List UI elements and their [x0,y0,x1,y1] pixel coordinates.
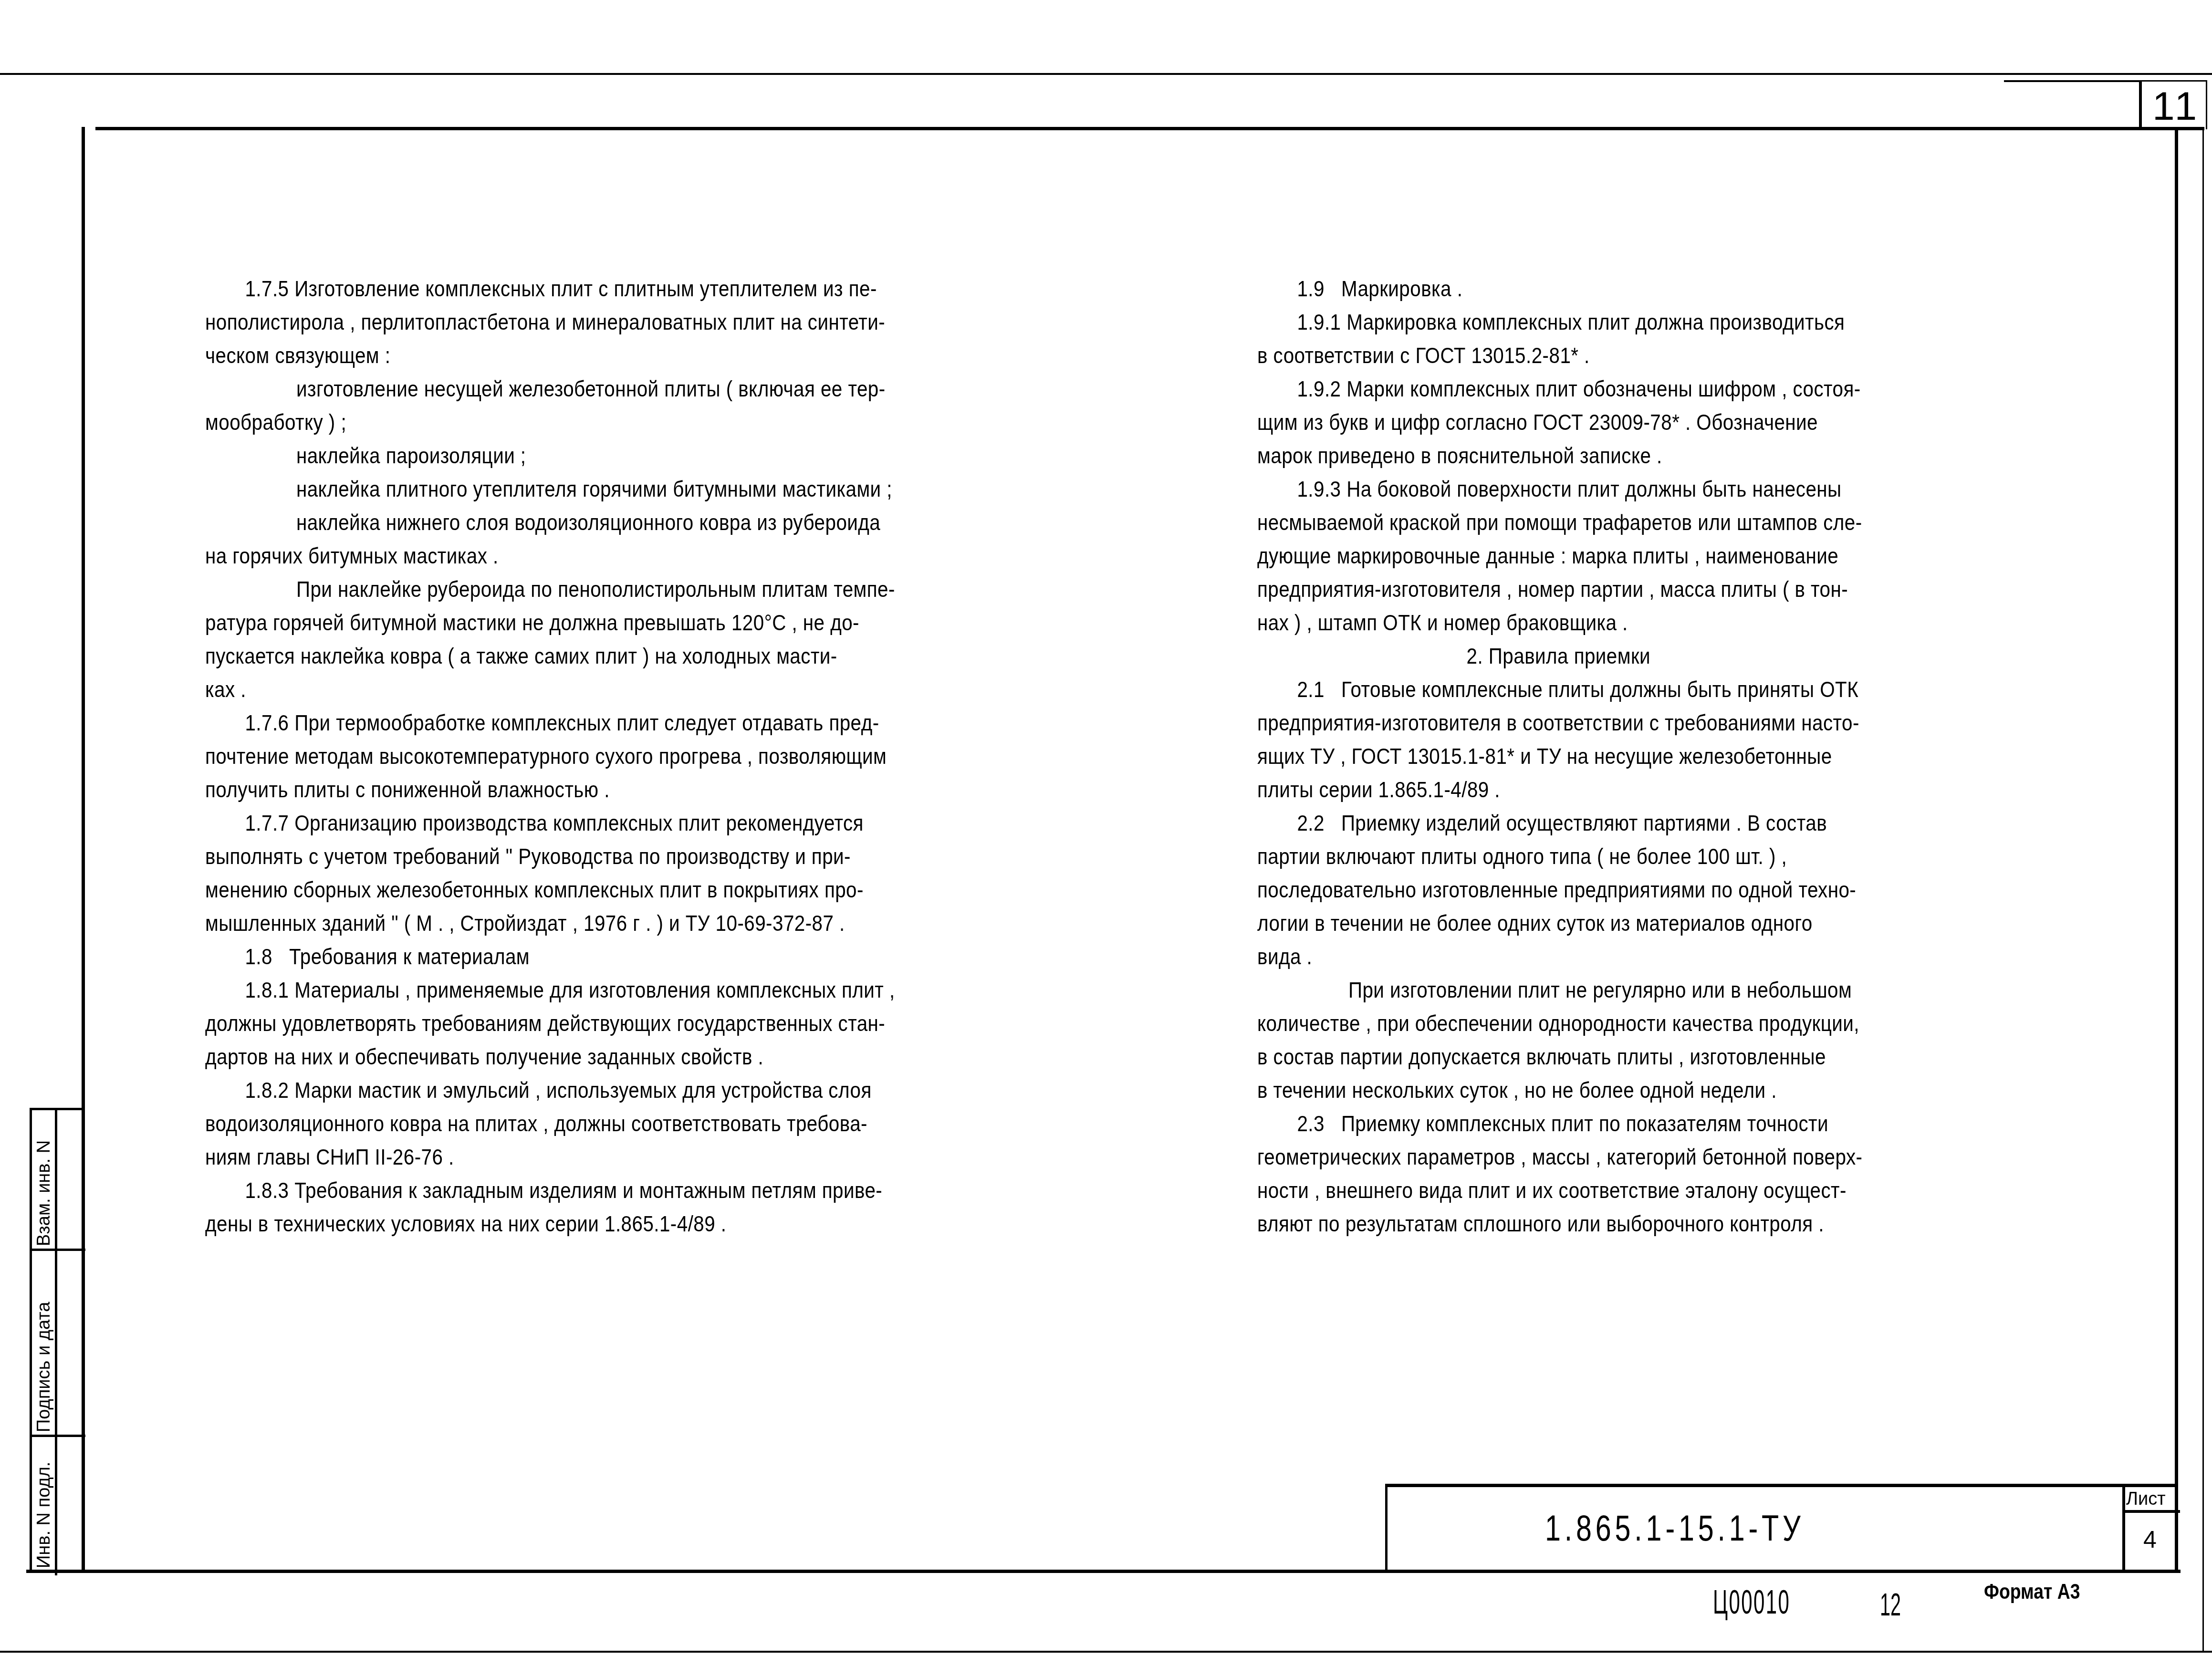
text-line: ности , внешнего вида плит и их соответс… [1257,1174,2107,1207]
text-line: 1.9.2 Марки комплексных плит обозначены … [1257,372,2107,406]
text-line: в состав партии допускается включать пли… [1257,1040,2107,1073]
frame-top-border [95,127,2204,130]
side-stamp-row-1 [32,1249,85,1251]
text-line: почтение методам высокотемпературного су… [205,739,1169,773]
text-line: последовательно изготовленные предприяти… [1257,873,2107,906]
text-line: наклейка пароизоляции ; [205,439,1169,472]
text-line: ниям главы СНиП II-26-76 . [205,1140,1169,1174]
text-line: 1.9.1 Маркировка комплексных плит должна… [1257,305,2107,339]
text-line: 1.8.1 Материалы , применяемые для изгото… [205,973,1169,1007]
text-line: нополистирола , перлитопластбетона и мин… [205,305,1169,339]
text-line: ящих ТУ , ГОСТ 13015.1-81* и ТУ на несущ… [1257,739,2107,773]
text-line: водоизоляционного ковра на плитах , долж… [205,1107,1169,1140]
text-line: вляют по результатам сплошного или выбор… [1257,1207,2107,1240]
text-line: 1.7.5 Изготовление комплексных плит с пл… [205,272,1169,305]
stamp-field-signature-date: Подпись и дата [34,1302,54,1432]
frame-right-border-thick [2175,129,2178,1573]
left-text-column: 1.7.5 Изготовление комплексных плит с пл… [205,272,1169,1240]
title-block: 1.865.1-15.1-ТУ Лист 4 [1385,1484,2177,1572]
text-line: плиты серии 1.865.1-4/89 . [1257,773,2107,806]
text-line: менению сборных железобетонных комплексн… [205,873,1169,906]
text-line: мышленных зданий " ( М . , Стройиздат , … [205,906,1169,940]
text-line: ческом связующем : [205,339,1169,372]
text-line: партии включают плиты одного типа ( не б… [1257,840,2107,873]
side-stamp-row-2 [32,1435,85,1437]
bottom-trim-line [0,1651,2212,1653]
corner-sheet-number: 11 [2152,84,2200,127]
side-stamp: Взам. инв. N Подпись и дата Инв. N подл. [30,1108,83,1573]
text-line: 1.7.6 При термообработке комплексных пли… [205,706,1169,739]
sheet-number: 4 [2143,1526,2157,1553]
text-line: пускается наклейка ковра ( а также самих… [205,639,1169,673]
text-line: 2.3 Приемку комплексных плит по показате… [1257,1107,2107,1140]
text-line: геометрических параметров , массы , кате… [1257,1140,2107,1174]
text-line: дены в технических условиях на них серии… [205,1207,1169,1240]
section-heading: 1.9 Маркировка . [1257,272,2107,305]
text-line: При изготовлении плит не регулярно или в… [1257,973,2107,1007]
text-line: ках . [205,673,1169,706]
text-line: При наклейке рубероида по пенополистирол… [205,573,1169,606]
sheet-label: Лист [2126,1489,2166,1509]
corner-box-top-left-ext [2004,80,2140,82]
text-line: щим из букв и цифр согласно ГОСТ 23009-7… [1257,406,2107,439]
frame-right-border-thin [2202,129,2204,1651]
text-line: выполнять с учетом требований " Руководс… [205,840,1169,873]
text-line: 1.7.7 Организацию производства комплексн… [205,806,1169,840]
chapter-heading: 2. Правила приемки [1257,639,2107,673]
text-line: логии в течении не более одних суток из … [1257,906,2107,940]
text-line: наклейка нижнего слоя водоизоляционного … [205,506,1169,539]
text-line: количестве , при обеспечении однородност… [1257,1007,2107,1040]
text-line: 1.8.3 Требования к закладным изделиям и … [205,1174,1169,1207]
text-line: в соответствии с ГОСТ 13015.2-81* . [1257,339,2107,372]
archive-code: Ц00010 [1713,1583,1790,1621]
text-line: на горячих битумных мастиках . [205,539,1169,573]
text-line: нах ) , штамп ОТК и номер браковщика . [1257,606,2107,639]
text-line: дартов на них и обеспечивать получение з… [205,1040,1169,1073]
corner-sheet-box: 11 [2139,80,2207,129]
text-line: предприятия-изготовителя , номер партии … [1257,573,2107,606]
stamp-field-replacement-inv: Взам. инв. N [34,1140,54,1246]
text-line: марок приведено в пояснительной записке … [1257,439,2107,472]
sheet-cell-divider [2125,1510,2180,1513]
side-stamp-divider [55,1110,57,1575]
right-text-column: 1.9 Маркировка . 1.9.1 Маркировка компле… [1257,272,2107,1240]
sheet-cell: Лист 4 [2122,1487,2177,1572]
text-line: должны удовлетворять требованиям действу… [205,1007,1169,1040]
text-line: в течении нескольких суток , но не более… [1257,1073,2107,1107]
text-line: изготовление несущей железобетонной плит… [205,372,1169,406]
text-line: наклейка плитного утеплителя горячими би… [205,472,1169,506]
text-line: дующие маркировочные данные : марка плит… [1257,539,2107,573]
copy-number: 12 [1880,1586,1901,1623]
text-line: вида . [1257,940,2107,973]
text-line: 2.2 Приемку изделий осуществляют партиям… [1257,806,2107,840]
text-line: ратура горячей битумной мастики не должн… [205,606,1169,639]
format-label: Формат А3 [1984,1580,2080,1604]
document-designation: 1.865.1-15.1-ТУ [1545,1507,1805,1550]
text-line: 1.9.3 На боковой поверхности плит должны… [1257,472,2107,506]
text-line: предприятия-изготовителя в соответствии … [1257,706,2107,739]
text-line: 1.8.2 Марки мастик и эмульсий , использу… [205,1073,1169,1107]
stamp-field-original-inv: Инв. N подл. [34,1462,54,1568]
text-line: несмываемой краской при помощи трафарето… [1257,506,2107,539]
text-line: мообработку ) ; [205,406,1169,439]
top-trim-line [0,73,2212,75]
text-line: получить плиты с пониженной влажностью . [205,773,1169,806]
text-line: 2.1 Готовые комплексные плиты должны быт… [1257,673,2107,706]
section-heading: 1.8 Требования к материалам [205,940,1169,973]
